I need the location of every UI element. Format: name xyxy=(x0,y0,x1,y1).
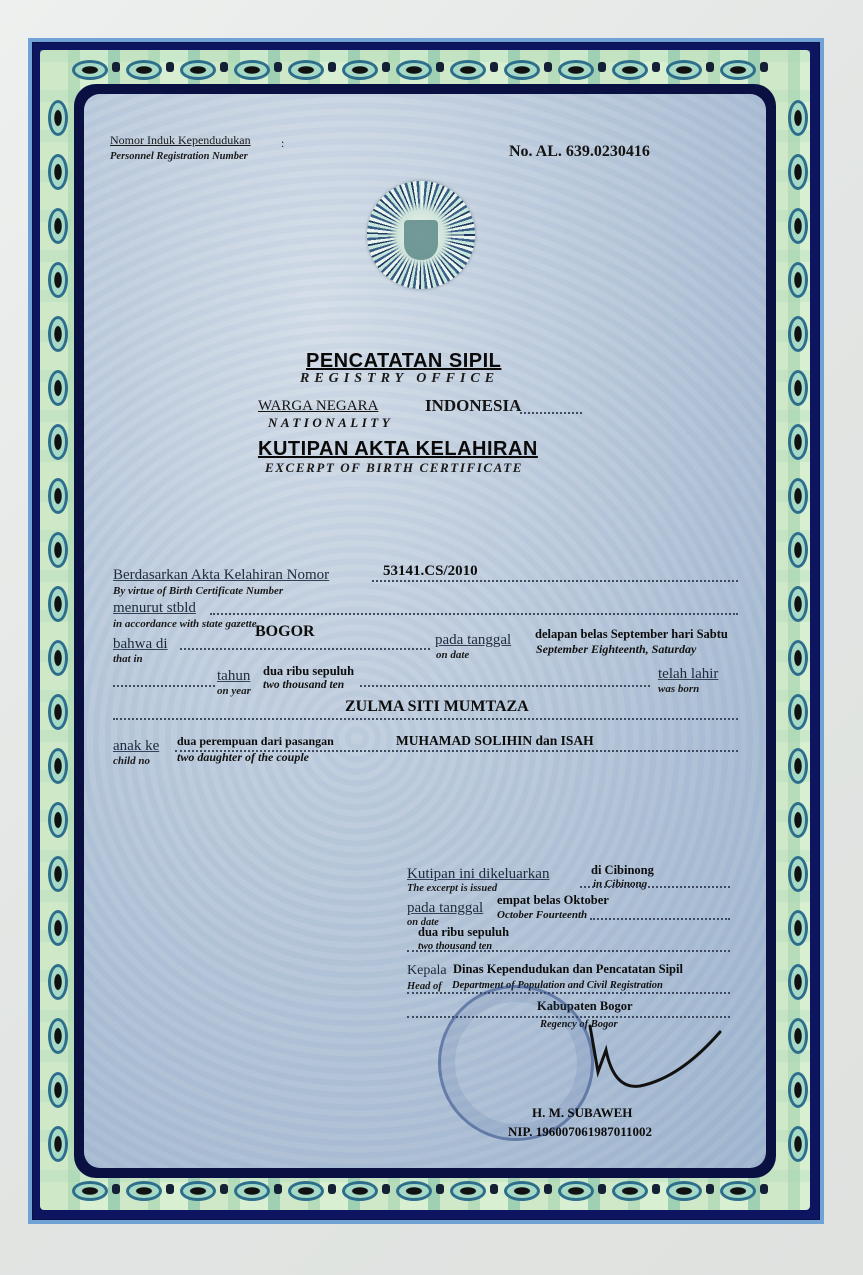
year-right-dotted-line xyxy=(360,685,650,687)
border-motif-icon xyxy=(48,856,68,892)
border-motif-icon xyxy=(72,60,108,80)
border-motif-icon xyxy=(436,62,444,72)
border-motif-icon xyxy=(48,370,68,406)
border-motif-icon xyxy=(342,60,378,80)
border-motif-icon xyxy=(490,1184,498,1194)
head-label: Kepala xyxy=(407,963,447,979)
border-motif-icon xyxy=(436,1184,444,1194)
issued-place-en: in Cibinong xyxy=(593,878,647,890)
border-motif-icon xyxy=(112,1184,120,1194)
year-left-dotted-line xyxy=(113,685,215,687)
official-signature xyxy=(570,1020,730,1100)
border-motif-icon xyxy=(706,62,714,72)
department-name-en: Department of Population and Civil Regis… xyxy=(452,980,663,991)
border-motif-icon xyxy=(558,60,594,80)
border-motif-icon xyxy=(274,62,282,72)
border-motif-icon xyxy=(788,748,808,784)
nationality-dotted-line xyxy=(520,412,582,414)
border-motif-icon xyxy=(788,910,808,946)
border-motif-icon xyxy=(612,1181,648,1201)
border-motif-icon xyxy=(166,1184,174,1194)
border-motif-icon xyxy=(720,1181,756,1201)
border-motif-icon xyxy=(48,802,68,838)
born-label: telah lahir xyxy=(658,666,718,683)
stbld-label-en: in accordance with state gazette xyxy=(113,618,257,630)
border-motif-icon xyxy=(288,60,324,80)
issued-place: di Cibinong xyxy=(591,863,654,878)
border-motif-icon xyxy=(48,424,68,460)
garuda-shield-icon xyxy=(404,220,438,260)
stbld-dotted-line xyxy=(210,613,738,615)
official-name: H. M. SUBAWEH xyxy=(532,1105,632,1121)
border-motif-icon xyxy=(48,316,68,352)
border-motif-icon xyxy=(220,1184,228,1194)
nationality-label-en: NATIONALITY xyxy=(268,415,393,431)
border-motif-icon xyxy=(342,1181,378,1201)
border-motif-icon xyxy=(788,1072,808,1108)
child-number-value-en: two daughter of the couple xyxy=(177,750,309,765)
child-number-value: dua perempuan dari pasangan xyxy=(177,734,334,749)
border-motif-icon xyxy=(48,532,68,568)
birth-cert-number-label: Berdasarkan Akta Kelahiran Nomor xyxy=(113,567,329,584)
border-motif-icon xyxy=(48,154,68,190)
border-motif-icon xyxy=(652,1184,660,1194)
department-dotted-line xyxy=(407,992,730,994)
border-motif-icon xyxy=(788,424,808,460)
border-motif-icon xyxy=(788,964,808,1000)
border-motif-icon xyxy=(48,964,68,1000)
birth-cert-number: 53141.CS/2010 xyxy=(383,563,478,580)
border-motif-icon xyxy=(788,208,808,244)
issued-place-dotted-line xyxy=(580,886,730,888)
official-nip: NIP. 196007061987011002 xyxy=(508,1124,652,1140)
parents-dotted-line xyxy=(175,750,738,752)
border-motif-icon xyxy=(788,370,808,406)
border-motif-icon xyxy=(598,62,606,72)
department-name: Dinas Kependudukan dan Pencatatan Sipil xyxy=(453,962,683,977)
border-motif-icon xyxy=(112,62,120,72)
border-motif-icon xyxy=(788,154,808,190)
border-motif-icon xyxy=(48,586,68,622)
issued-year: dua ribu sepuluh xyxy=(418,925,509,940)
border-motif-icon xyxy=(450,1181,486,1201)
border-motif-icon xyxy=(666,60,702,80)
border-motif-icon xyxy=(48,1126,68,1162)
nik-colon: : xyxy=(281,136,284,151)
birth-year-label-en: on year xyxy=(217,685,251,697)
stbld-label: menurut stbld xyxy=(113,600,196,617)
border-motif-icon xyxy=(48,640,68,676)
border-motif-icon xyxy=(48,1018,68,1054)
issued-label-en: The excerpt is issued xyxy=(407,883,497,894)
border-motif-icon xyxy=(180,1181,216,1201)
issued-year-dotted-line xyxy=(407,950,730,952)
office-title: PENCATATAN SIPIL xyxy=(306,350,501,373)
border-motif-icon xyxy=(788,1126,808,1162)
border-motif-icon xyxy=(788,586,808,622)
border-motif-icon xyxy=(760,62,768,72)
border-motif-icon xyxy=(788,640,808,676)
border-motif-icon xyxy=(180,60,216,80)
border-motif-icon xyxy=(598,1184,606,1194)
border-motif-icon xyxy=(234,60,270,80)
border-motif-icon xyxy=(220,62,228,72)
birth-place-label-en: that in xyxy=(113,653,143,665)
border-motif-icon xyxy=(48,1072,68,1108)
border-motif-icon xyxy=(48,208,68,244)
border-motif-icon xyxy=(788,478,808,514)
certificate-title-en: EXCERPT OF BIRTH CERTIFICATE xyxy=(265,460,523,476)
border-motif-icon xyxy=(788,694,808,730)
birth-date-value: delapan belas September hari Sabtu xyxy=(535,627,763,642)
border-motif-icon xyxy=(48,100,68,136)
border-motif-icon xyxy=(788,532,808,568)
child-name-dotted-line xyxy=(113,718,738,720)
border-motif-icon xyxy=(666,1181,702,1201)
border-motif-icon xyxy=(382,1184,390,1194)
border-motif-icon xyxy=(450,60,486,80)
birth-year-value-en: two thousand ten xyxy=(263,679,344,691)
border-motif-icon xyxy=(504,60,540,80)
border-motif-icon xyxy=(788,262,808,298)
border-motif-icon xyxy=(788,316,808,352)
border-motif-icon xyxy=(788,1018,808,1054)
border-motif-icon xyxy=(788,100,808,136)
border-motif-icon xyxy=(48,910,68,946)
issued-date-en: October Fourteenth xyxy=(497,909,587,921)
issued-date-dotted-line xyxy=(590,918,730,920)
child-name: ZULMA SITI MUMTAZA xyxy=(345,698,529,716)
nationality-value: INDONESIA xyxy=(425,396,521,416)
border-motif-icon xyxy=(652,62,660,72)
birth-year-label: tahun xyxy=(217,668,250,685)
birth-cert-number-label-en: By virtue of Birth Certificate Number xyxy=(113,585,283,597)
border-motif-icon xyxy=(558,1181,594,1201)
border-motif-icon xyxy=(788,802,808,838)
border-motif-icon xyxy=(48,748,68,784)
issued-date-label: pada tanggal xyxy=(407,900,483,917)
border-motif-icon xyxy=(720,60,756,80)
certificate-title: KUTIPAN AKTA KELAHIRAN xyxy=(258,438,538,461)
nik-label: Nomor Induk Kependudukan xyxy=(110,133,251,148)
border-motif-icon xyxy=(126,60,162,80)
border-motif-icon xyxy=(126,1181,162,1201)
issued-label: Kutipan ini dikeluarkan xyxy=(407,866,549,883)
parents-names: MUHAMAD SOLIHIN dan ISAH xyxy=(396,733,594,749)
border-motif-icon xyxy=(544,1184,552,1194)
border-motif-icon xyxy=(544,62,552,72)
border-motif-icon xyxy=(166,62,174,72)
border-motif-icon xyxy=(48,478,68,514)
border-motif-icon xyxy=(706,1184,714,1194)
serial-number: No. AL. 639.0230416 xyxy=(509,143,650,161)
border-motif-icon xyxy=(48,262,68,298)
issued-date: empat belas Oktober xyxy=(497,893,609,908)
border-motif-icon xyxy=(788,856,808,892)
born-label-en: was born xyxy=(658,683,699,695)
birth-date-label: pada tanggal xyxy=(435,632,511,649)
border-motif-icon xyxy=(288,1181,324,1201)
birth-place-label: bahwa di xyxy=(113,636,168,653)
border-motif-icon xyxy=(490,62,498,72)
border-motif-icon xyxy=(48,694,68,730)
birth-date-label-en: on date xyxy=(436,649,469,661)
border-motif-icon xyxy=(328,1184,336,1194)
birth-cert-dotted-line xyxy=(372,580,738,582)
birth-date-value-en: September Eighteenth, Saturday xyxy=(536,642,696,657)
child-number-label: anak ke xyxy=(113,738,159,755)
border-motif-icon xyxy=(504,1181,540,1201)
border-motif-icon xyxy=(382,62,390,72)
border-motif-icon xyxy=(396,1181,432,1201)
birth-year-value: dua ribu sepuluh xyxy=(263,664,354,679)
border-motif-icon xyxy=(274,1184,282,1194)
child-number-label-en: child no xyxy=(113,755,150,767)
head-label-en: Head of xyxy=(407,981,442,992)
nationality-label: WARGA NEGARA xyxy=(258,398,378,415)
birth-place-value: BOGOR xyxy=(255,623,315,641)
office-title-en: REGISTRY OFFICE xyxy=(300,371,499,387)
border-motif-icon xyxy=(396,60,432,80)
border-motif-icon xyxy=(328,62,336,72)
border-motif-icon xyxy=(72,1181,108,1201)
border-motif-icon xyxy=(234,1181,270,1201)
birth-place-dotted-line xyxy=(180,648,430,650)
border-motif-icon xyxy=(760,1184,768,1194)
border-motif-icon xyxy=(612,60,648,80)
nik-label-en: Personnel Registration Number xyxy=(110,151,248,162)
